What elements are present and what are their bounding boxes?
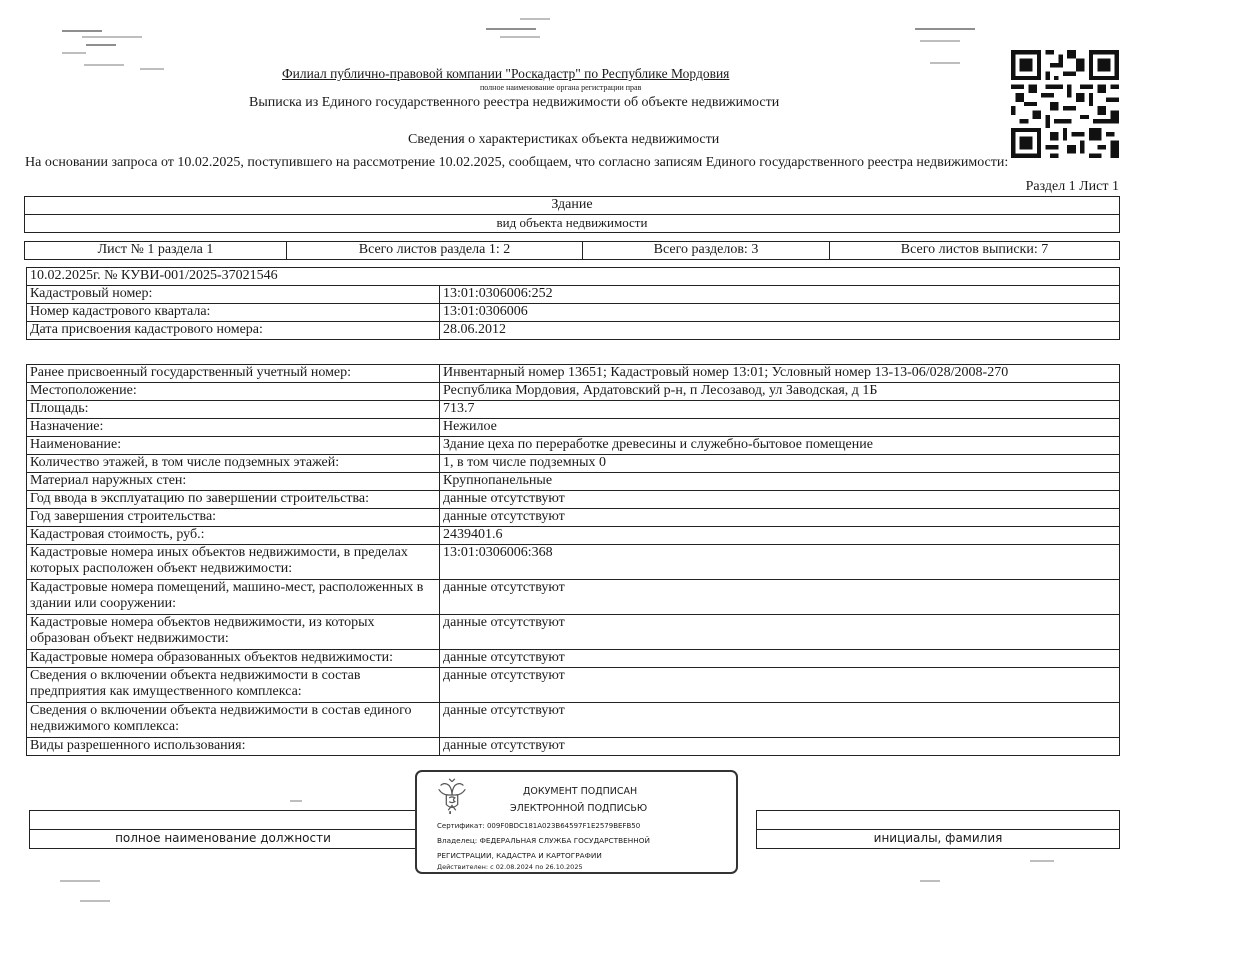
stamp-electronic-line: ЭЛЕКТРОННОЙ ПОДПИСЬЮ [510, 803, 647, 814]
sheet-number: Лист № 1 раздела 1 [25, 242, 287, 260]
row-value: данные отсутствуют [440, 509, 1120, 527]
row-value: данные отсутствуют [440, 580, 1120, 615]
stamp-validity: Действителен: с 02.08.2024 по 26.10.2025 [437, 863, 583, 871]
stamp-owner-line-2: РЕГИСТРАЦИИ, КАДАСТРА И КАРТОГРАФИИ [437, 851, 602, 860]
section-sheets-total: Всего листов раздела 1: 2 [287, 242, 583, 260]
row-label: Дата присвоения кадастрового номера: [27, 322, 440, 340]
table-row: Кадастровый номер: 13:01:0306006:252 [27, 286, 1120, 304]
row-value: Инвентарный номер 13651; Кадастровый ном… [440, 365, 1120, 383]
row-value: Нежилое [440, 419, 1120, 437]
row-value: данные отсутствуют [440, 668, 1120, 703]
sections-total: Всего разделов: 3 [583, 242, 830, 260]
row-value: 13:01:0306006:368 [440, 545, 1120, 580]
row-label: Сведения о включении объекта недвижимост… [27, 668, 440, 703]
row-label: Виды разрешенного использования: [27, 738, 440, 756]
characteristics-table: Ранее присвоенный государственный учетны… [26, 364, 1120, 756]
row-label: Сведения о включении объекта недвижимост… [27, 703, 440, 738]
table-row: Сведения о включении объекта недвижимост… [27, 668, 1120, 703]
table-row: Кадастровые номера объектов недвижимости… [27, 615, 1120, 650]
section-sheet-reference: Раздел 1 Лист 1 [1026, 179, 1119, 195]
cadastral-number: 13:01:0306006:252 [440, 286, 1120, 304]
row-label: Кадастровые номера образованных объектов… [27, 650, 440, 668]
table-row: Номер кадастрового квартала: 13:01:03060… [27, 304, 1120, 322]
table-row: Материал наружных стен:Крупнопанельные [27, 473, 1120, 491]
object-type-table: Здание вид объекта недвижимости [24, 196, 1120, 233]
sheet-counters-table: Лист № 1 раздела 1 Всего листов раздела … [24, 241, 1120, 260]
position-caption: полное наименование должности [30, 830, 417, 849]
table-row: Местоположение:Республика Мордовия, Арда… [27, 383, 1120, 401]
row-label: Назначение: [27, 419, 440, 437]
row-label: Кадастровый номер: [27, 286, 440, 304]
object-type-caption: вид объекта недвижимости [25, 215, 1120, 233]
request-number: 10.02.2025г. № КУВИ-001/2025-37021546 [27, 268, 1120, 286]
stamp-signed-line: ДОКУМЕНТ ПОДПИСАН [523, 786, 637, 797]
registration-authority-caption: полное наименование органа регистрации п… [480, 83, 641, 92]
row-value: данные отсутствуют [440, 491, 1120, 509]
table-row: Год ввода в эксплуатацию по завершении с… [27, 491, 1120, 509]
table-row: Виды разрешенного использования:данные о… [27, 738, 1120, 756]
table-row: Год завершения строительства:данные отсу… [27, 509, 1120, 527]
row-value: данные отсутствуют [440, 650, 1120, 668]
row-label: Ранее присвоенный государственный учетны… [27, 365, 440, 383]
row-label: Кадастровые номера помещений, машино-мес… [27, 580, 440, 615]
row-value: данные отсутствуют [440, 703, 1120, 738]
row-label: Количество этажей, в том числе подземных… [27, 455, 440, 473]
row-label: Площадь: [27, 401, 440, 419]
row-value: 1, в том числе подземных 0 [440, 455, 1120, 473]
row-label: Год ввода в эксплуатацию по завершении с… [27, 491, 440, 509]
row-value: Крупнопанельные [440, 473, 1120, 491]
table-row: Кадастровые номера образованных объектов… [27, 650, 1120, 668]
row-value: 2439401.6 [440, 527, 1120, 545]
row-label: Местоположение: [27, 383, 440, 401]
row-label: Материал наружных стен: [27, 473, 440, 491]
object-type-value: Здание [25, 197, 1120, 215]
row-value: Здание цеха по переработке древесины и с… [440, 437, 1120, 455]
cadastral-block-number: 13:01:0306006 [440, 304, 1120, 322]
row-value: Республика Мордовия, Ардатовский р-н, п … [440, 383, 1120, 401]
row-value: данные отсутствуют [440, 615, 1120, 650]
row-label: Наименование: [27, 437, 440, 455]
row-label: Кадастровая стоимость, руб.: [27, 527, 440, 545]
name-caption: инициалы, фамилия [757, 830, 1120, 849]
name-field [757, 811, 1120, 830]
cadastral-number-date: 28.06.2012 [440, 322, 1120, 340]
table-row: Ранее присвоенный государственный учетны… [27, 365, 1120, 383]
qr-code-icon [1010, 50, 1120, 158]
table-row: Кадастровая стоимость, руб.:2439401.6 [27, 527, 1120, 545]
stamp-certificate: Сертификат: 009F0BDC181A023B64597F1E2579… [437, 822, 640, 830]
table-row: Площадь:713.7 [27, 401, 1120, 419]
table-row: Сведения о включении объекта недвижимост… [27, 703, 1120, 738]
row-label: Год завершения строительства: [27, 509, 440, 527]
identification-table: 10.02.2025г. № КУВИ-001/2025-37021546 Ка… [26, 267, 1120, 340]
section-title: Сведения о характеристиках объекта недви… [408, 132, 719, 148]
row-label: Кадастровые номера иных объектов недвижи… [27, 545, 440, 580]
registration-authority-name: Филиал публично-правовой компании "Роска… [282, 66, 729, 82]
table-row: Количество этажей, в том числе подземных… [27, 455, 1120, 473]
document-title: Выписка из Единого государственного реес… [249, 95, 779, 111]
row-value: данные отсутствуют [440, 738, 1120, 756]
table-row: Наименование:Здание цеха по переработке … [27, 437, 1120, 455]
position-field [30, 811, 417, 830]
row-label: Кадастровые номера объектов недвижимости… [27, 615, 440, 650]
table-row: Дата присвоения кадастрового номера: 28.… [27, 322, 1120, 340]
table-row: Назначение:Нежилое [27, 419, 1120, 437]
stamp-owner-line-1: Владелец: ФЕДЕРАЛЬНАЯ СЛУЖБА ГОСУДАРСТВЕ… [437, 836, 650, 845]
row-value: 713.7 [440, 401, 1120, 419]
extract-sheets-total: Всего листов выписки: 7 [830, 242, 1120, 260]
table-row: Кадастровые номера иных объектов недвижи… [27, 545, 1120, 580]
table-row: Кадастровые номера помещений, машино-мес… [27, 580, 1120, 615]
request-intro-text: На основании запроса от 10.02.2025, пост… [25, 155, 1008, 171]
electronic-signature-stamp: ДОКУМЕНТ ПОДПИСАН ЭЛЕКТРОННОЙ ПОДПИСЬЮ С… [415, 770, 738, 874]
row-label: Номер кадастрового квартала: [27, 304, 440, 322]
double-headed-eagle-icon [433, 776, 471, 814]
